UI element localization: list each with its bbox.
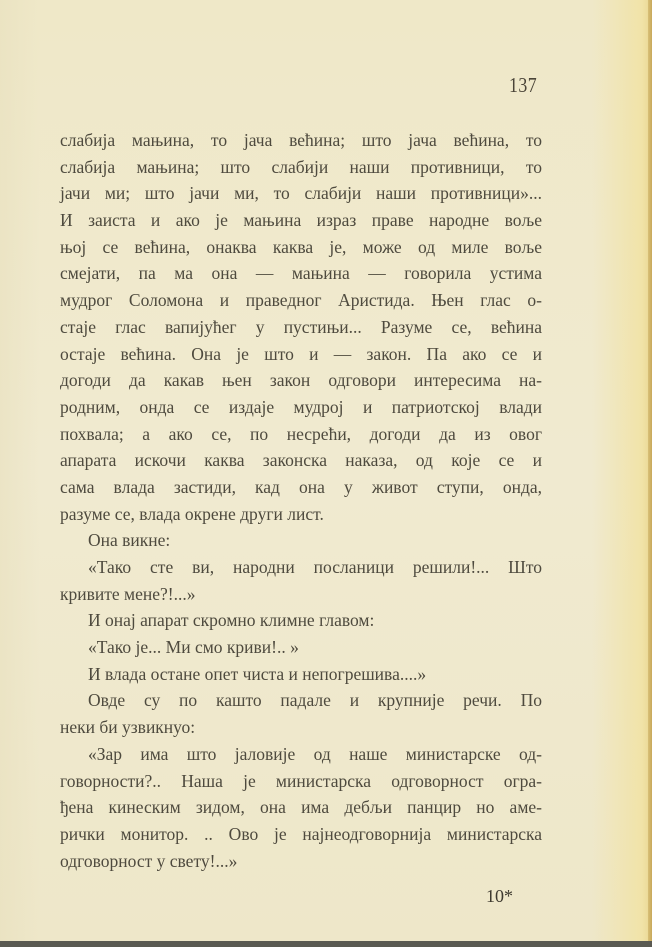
text-line: Она викне: [60, 527, 542, 554]
page-edge [648, 0, 652, 941]
text-line: рички монитор. .. Ово је најнеодговорниј… [60, 821, 542, 848]
text-line: мудрог Соломона и праведног Аристида. Ње… [60, 287, 542, 314]
text-line: И влада остане опет чиста и непогрешива.… [60, 661, 542, 688]
text-line: неки би узвикнуо: [60, 714, 542, 741]
text-line: И заиста и ако је мањина израз праве нар… [60, 207, 542, 234]
text-line: догоди да какав њен закон одговори интер… [60, 367, 542, 394]
text-line: стаје глас вапијућег у пустињи... Разуме… [60, 314, 542, 341]
text-line: «Тако сте ви, народни посланици решили!.… [60, 554, 542, 581]
text-line: слабија мањина, то јача већина; што јача… [60, 127, 542, 154]
text-line: ђена кинеским зидом, она има дебљи панци… [60, 794, 542, 821]
scan-border [0, 941, 652, 947]
text-line: апарата искочи каква законска наказа, од… [60, 447, 542, 474]
text-line: Овде су по кашто падале и крупније речи.… [60, 687, 542, 714]
text-line: «Тако је... Ми смо криви!.. » [60, 634, 542, 661]
text-line: разуме се, влада окрене други лист. [60, 501, 542, 528]
book-page: 137 слабија мањина, то јача већина; што … [0, 0, 652, 941]
text-line: сама влада застиди, кад она у живот ступ… [60, 474, 542, 501]
text-line: родним, онда се издаје мудрој и патриотс… [60, 394, 542, 421]
page-number: 137 [509, 73, 537, 98]
text-line: говорности?.. Наша је министарска одгово… [60, 768, 542, 795]
text-line: кривите мене?!...» [60, 581, 542, 608]
text-line: слабија мањина; што слабији наши противн… [60, 154, 542, 181]
signature-mark: 10* [486, 886, 513, 907]
text-line: И онај апарат скромно климне главом: [60, 607, 542, 634]
text-line: јачи ми; што јачи ми, то слабији наши пр… [60, 180, 542, 207]
text-line: одговорност у свету!...» [60, 848, 542, 875]
text-line: остаје већина. Она је што и — закон. Па … [60, 341, 542, 368]
text-line: њој се већина, онаква каква је, може од … [60, 234, 542, 261]
body-text: слабија мањина, то јача већина; што јача… [60, 127, 542, 874]
text-line: «Зар има што јаловије од наше министарск… [60, 741, 542, 768]
text-line: похвала; а ако се, по несрећи, догоди да… [60, 421, 542, 448]
text-line: смејати, па ма она — мањина — говорила у… [60, 260, 542, 287]
